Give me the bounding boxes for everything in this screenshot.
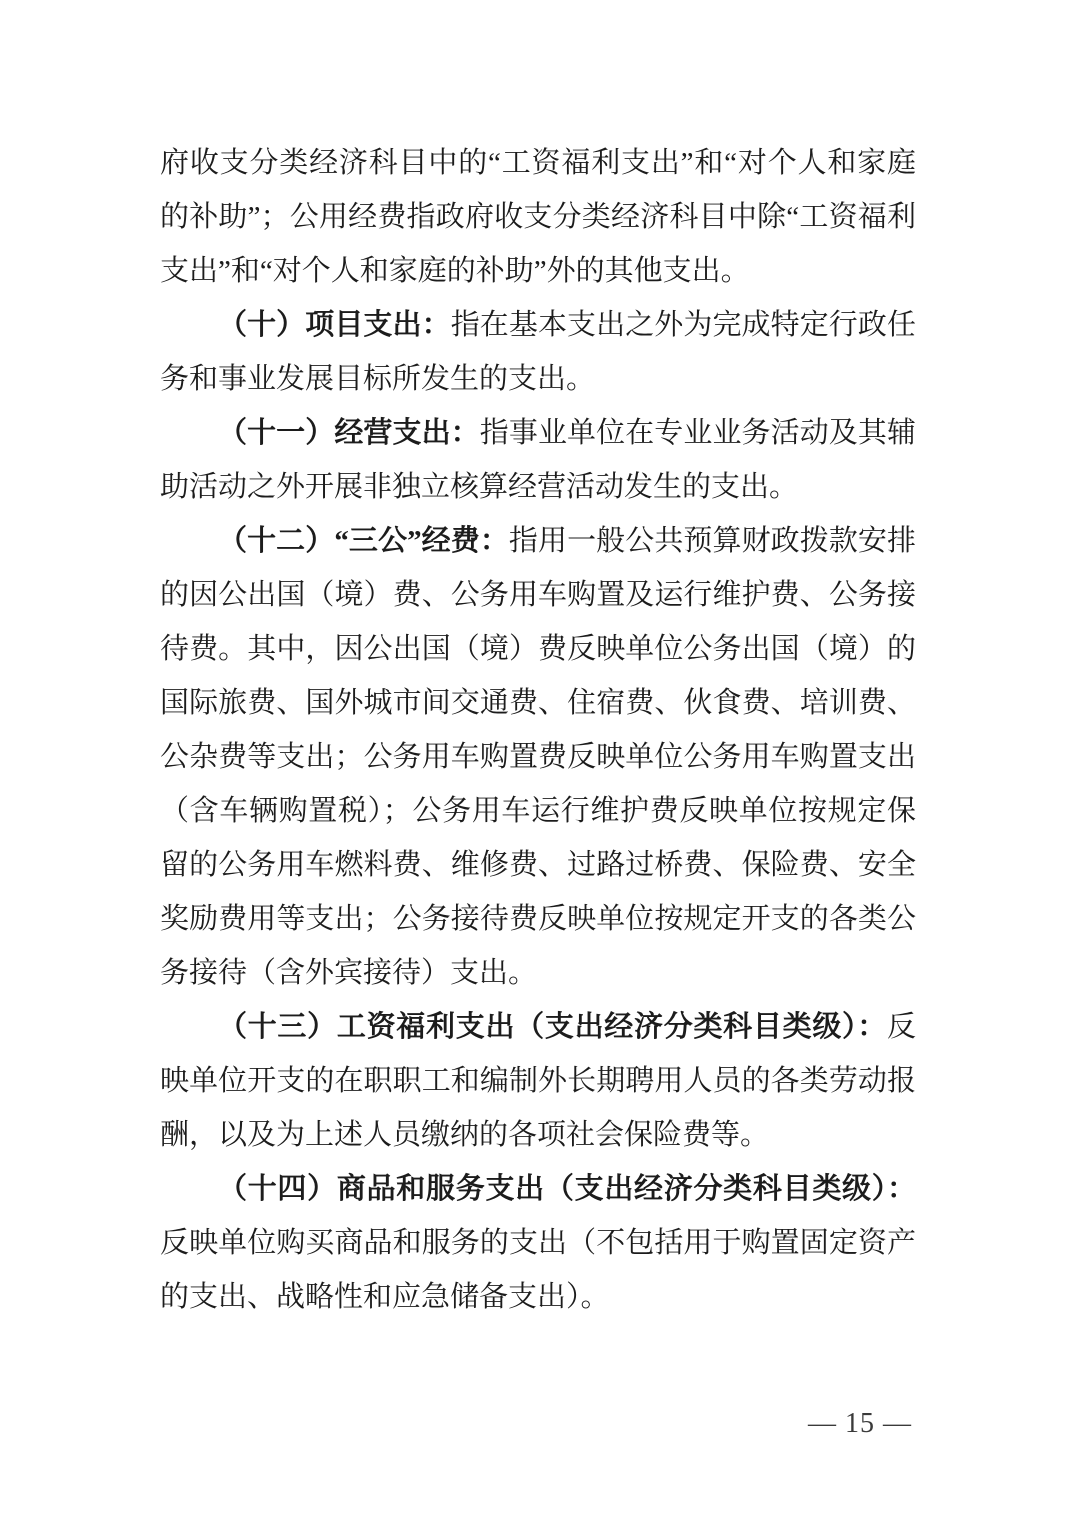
paragraph: （十三）工资福利支出（支出经济分类科目类级）：反映单位开支的在职职工和编制外长期…: [160, 1000, 916, 1162]
paragraph: 府收支分类经济科目中的“工资福利支出”和“对个人和家庭的补助”；公用经费指政府收…: [160, 136, 916, 298]
paragraph: （十二）“三公”经费：指用一般公共预算财政拨款安排的因公出国（境）费、公务用车购…: [160, 514, 916, 1000]
term-heading: （十二）“三公”经费：: [218, 525, 509, 557]
paragraph: （十）项目支出：指在基本支出之外为完成特定行政任务和事业发展目标所发生的支出。: [160, 298, 916, 406]
document-page: 府收支分类经济科目中的“工资福利支出”和“对个人和家庭的补助”；公用经费指政府收…: [0, 0, 1075, 1520]
document-body: 府收支分类经济科目中的“工资福利支出”和“对个人和家庭的补助”；公用经费指政府收…: [160, 136, 916, 1324]
term-heading: （十三）工资福利支出（支出经济分类科目类级）：: [218, 1011, 887, 1043]
paragraph: （十四）商品和服务支出（支出经济分类科目类级）：反映单位购买商品和服务的支出（不…: [160, 1162, 916, 1324]
page-number: — 15 —: [808, 1408, 912, 1440]
paragraph-text: 府收支分类经济科目中的“工资福利支出”和“对个人和家庭的补助”；公用经费指政府收…: [160, 147, 916, 287]
term-heading: （十）项目支出：: [218, 309, 451, 341]
term-heading: （十四）商品和服务支出（支出经济分类科目类级）：: [218, 1173, 916, 1205]
paragraph-text: 指用一般公共预算财政拨款安排的因公出国（境）费、公务用车购置及运行维护费、公务接…: [160, 525, 916, 989]
paragraph-text: 反映单位购买商品和服务的支出（不包括用于购置固定资产的支出、战略性和应急储备支出…: [160, 1227, 916, 1313]
paragraph: （十一）经营支出：指事业单位在专业业务活动及其辅助活动之外开展非独立核算经营活动…: [160, 406, 916, 514]
term-heading: （十一）经营支出：: [218, 417, 480, 449]
